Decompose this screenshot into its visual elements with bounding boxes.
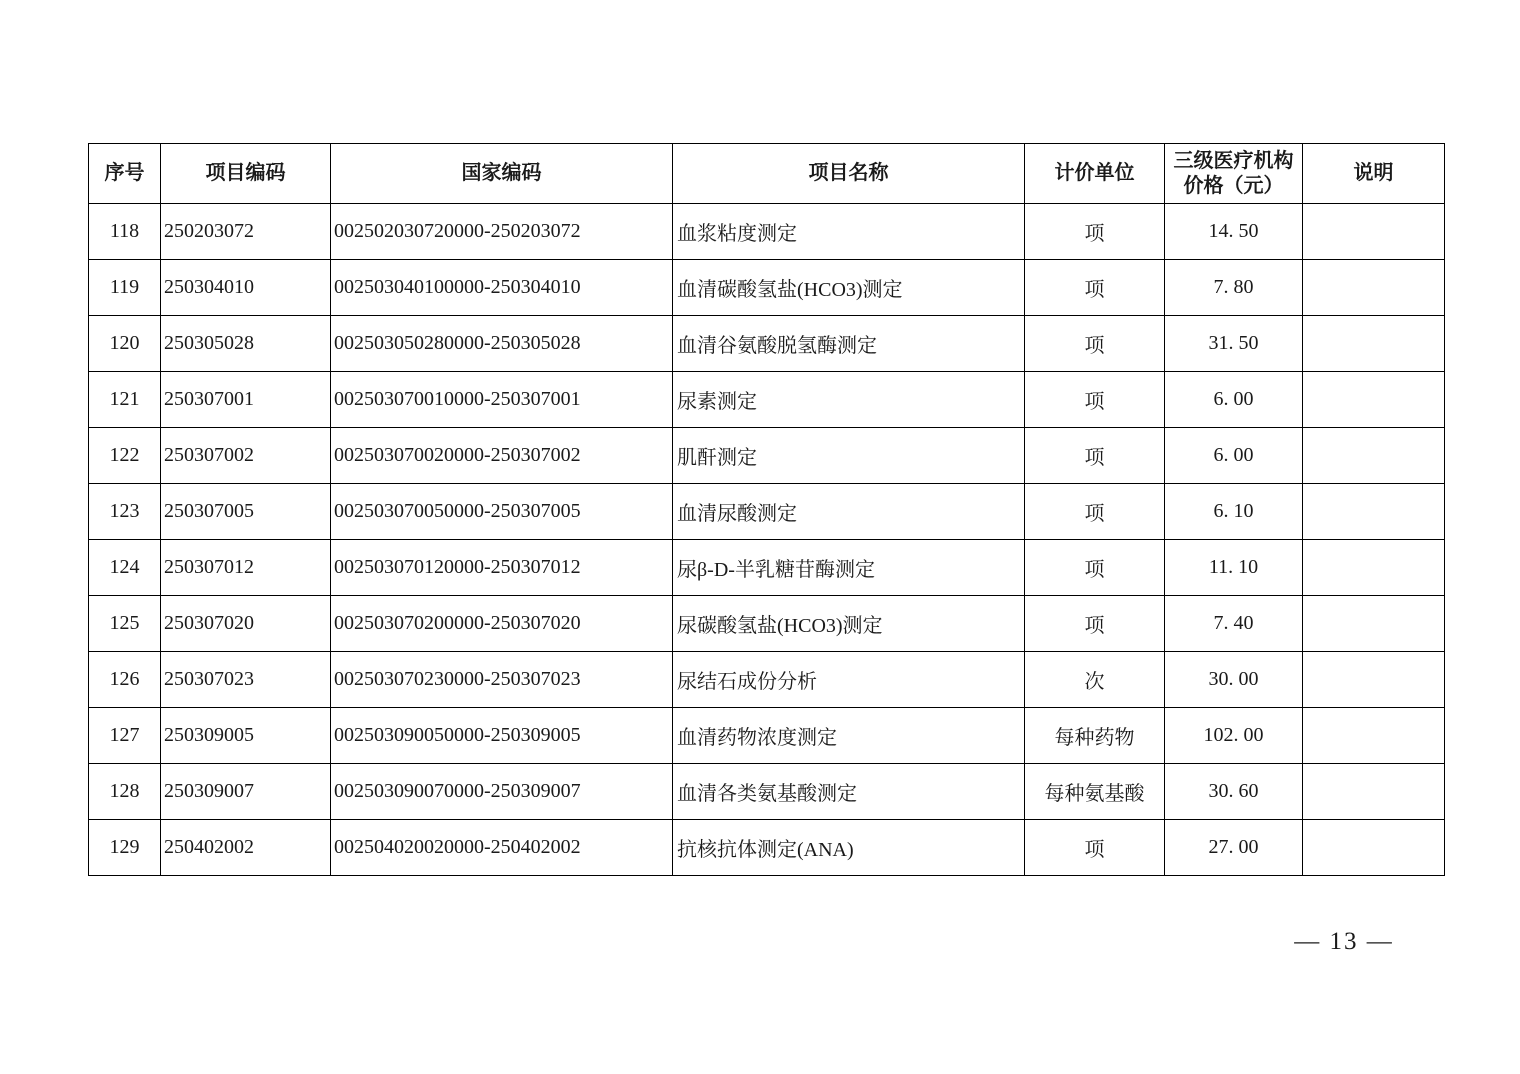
cell-national-code: 002503050280000-250305028 — [331, 316, 673, 372]
cell-unit: 项 — [1025, 596, 1165, 652]
table-row: 121 250307001 002503070010000-250307001 … — [89, 372, 1445, 428]
cell-seq: 126 — [89, 652, 161, 708]
cell-project-code: 250305028 — [161, 316, 331, 372]
cell-price: 27. 00 — [1165, 820, 1303, 876]
table-row: 120 250305028 002503050280000-250305028 … — [89, 316, 1445, 372]
cell-national-code: 002503070230000-250307023 — [331, 652, 673, 708]
table-row: 126 250307023 002503070230000-250307023 … — [89, 652, 1445, 708]
table-row: 124 250307012 002503070120000-250307012 … — [89, 540, 1445, 596]
cell-note — [1303, 540, 1445, 596]
table-row: 118 250203072 002502030720000-250203072 … — [89, 204, 1445, 260]
cell-unit: 项 — [1025, 260, 1165, 316]
cell-project-code: 250307023 — [161, 652, 331, 708]
cell-national-code: 002503070020000-250307002 — [331, 428, 673, 484]
table-row: 122 250307002 002503070020000-250307002 … — [89, 428, 1445, 484]
cell-project-name: 血清碳酸氢盐(HCO3)测定 — [673, 260, 1025, 316]
cell-project-name: 血清药物浓度测定 — [673, 708, 1025, 764]
cell-project-name: 尿β-D-半乳糖苷酶测定 — [673, 540, 1025, 596]
header-price-line2: 价格（元） — [1165, 174, 1302, 199]
cell-price: 6. 00 — [1165, 428, 1303, 484]
cell-project-code: 250304010 — [161, 260, 331, 316]
cell-note — [1303, 764, 1445, 820]
cell-national-code: 002503090050000-250309005 — [331, 708, 673, 764]
cell-note — [1303, 652, 1445, 708]
cell-note — [1303, 204, 1445, 260]
cell-unit: 项 — [1025, 428, 1165, 484]
cell-price: 31. 50 — [1165, 316, 1303, 372]
cell-national-code: 002502030720000-250203072 — [331, 204, 673, 260]
cell-national-code: 002503070010000-250307001 — [331, 372, 673, 428]
medical-price-table: 序号 项目编码 国家编码 项目名称 计价单位 三级医疗机构 价格（元） 说明 1… — [88, 143, 1445, 876]
cell-seq: 127 — [89, 708, 161, 764]
cell-unit: 项 — [1025, 372, 1165, 428]
header-unit: 计价单位 — [1025, 144, 1165, 204]
cell-project-name: 尿结石成份分析 — [673, 652, 1025, 708]
cell-note — [1303, 260, 1445, 316]
cell-national-code: 002503070120000-250307012 — [331, 540, 673, 596]
cell-project-code: 250309005 — [161, 708, 331, 764]
header-price-line1: 三级医疗机构 — [1165, 149, 1302, 174]
page-number: — 13 — — [1284, 928, 1404, 956]
cell-price: 6. 10 — [1165, 484, 1303, 540]
cell-note — [1303, 428, 1445, 484]
cell-price: 102. 00 — [1165, 708, 1303, 764]
cell-national-code: 002504020020000-250402002 — [331, 820, 673, 876]
table-row: 125 250307020 002503070200000-250307020 … — [89, 596, 1445, 652]
table-row: 128 250309007 002503090070000-250309007 … — [89, 764, 1445, 820]
cell-project-name: 血清各类氨基酸测定 — [673, 764, 1025, 820]
cell-project-code: 250402002 — [161, 820, 331, 876]
table-row: 123 250307005 002503070050000-250307005 … — [89, 484, 1445, 540]
header-seq: 序号 — [89, 144, 161, 204]
cell-seq: 123 — [89, 484, 161, 540]
cell-national-code: 002503070200000-250307020 — [331, 596, 673, 652]
cell-seq: 128 — [89, 764, 161, 820]
cell-unit: 项 — [1025, 820, 1165, 876]
cell-seq: 124 — [89, 540, 161, 596]
header-project-code: 项目编码 — [161, 144, 331, 204]
cell-note — [1303, 596, 1445, 652]
cell-project-name: 抗核抗体测定(ANA) — [673, 820, 1025, 876]
cell-price: 30. 60 — [1165, 764, 1303, 820]
cell-project-code: 250309007 — [161, 764, 331, 820]
table-body: 118 250203072 002502030720000-250203072 … — [89, 204, 1445, 876]
cell-note — [1303, 484, 1445, 540]
cell-unit: 项 — [1025, 540, 1165, 596]
header-price: 三级医疗机构 价格（元） — [1165, 144, 1303, 204]
cell-national-code: 002503090070000-250309007 — [331, 764, 673, 820]
cell-price: 6. 00 — [1165, 372, 1303, 428]
table-row: 119 250304010 002503040100000-250304010 … — [89, 260, 1445, 316]
header-national-code: 国家编码 — [331, 144, 673, 204]
cell-project-code: 250307001 — [161, 372, 331, 428]
cell-seq: 120 — [89, 316, 161, 372]
cell-note — [1303, 372, 1445, 428]
cell-project-name: 尿碳酸氢盐(HCO3)测定 — [673, 596, 1025, 652]
cell-seq: 119 — [89, 260, 161, 316]
cell-price: 11. 10 — [1165, 540, 1303, 596]
cell-price: 30. 00 — [1165, 652, 1303, 708]
cell-unit: 项 — [1025, 484, 1165, 540]
cell-price: 7. 80 — [1165, 260, 1303, 316]
cell-price: 14. 50 — [1165, 204, 1303, 260]
cell-seq: 118 — [89, 204, 161, 260]
cell-project-code: 250307012 — [161, 540, 331, 596]
cell-seq: 125 — [89, 596, 161, 652]
cell-note — [1303, 708, 1445, 764]
header-note: 说明 — [1303, 144, 1445, 204]
cell-project-name: 尿素测定 — [673, 372, 1025, 428]
cell-project-code: 250307020 — [161, 596, 331, 652]
cell-project-code: 250203072 — [161, 204, 331, 260]
cell-project-name: 血清谷氨酸脱氢酶测定 — [673, 316, 1025, 372]
cell-unit: 项 — [1025, 316, 1165, 372]
cell-unit: 次 — [1025, 652, 1165, 708]
cell-project-name: 血浆粘度测定 — [673, 204, 1025, 260]
table-row: 129 250402002 002504020020000-250402002 … — [89, 820, 1445, 876]
cell-project-code: 250307005 — [161, 484, 331, 540]
cell-unit: 项 — [1025, 204, 1165, 260]
cell-seq: 122 — [89, 428, 161, 484]
cell-seq: 121 — [89, 372, 161, 428]
cell-unit: 每种药物 — [1025, 708, 1165, 764]
cell-note — [1303, 820, 1445, 876]
cell-project-code: 250307002 — [161, 428, 331, 484]
header-project-name: 项目名称 — [673, 144, 1025, 204]
document-page: 序号 项目编码 国家编码 项目名称 计价单位 三级医疗机构 价格（元） 说明 1… — [0, 0, 1520, 1074]
cell-seq: 129 — [89, 820, 161, 876]
cell-unit: 每种氨基酸 — [1025, 764, 1165, 820]
table-header: 序号 项目编码 国家编码 项目名称 计价单位 三级医疗机构 价格（元） 说明 — [89, 144, 1445, 204]
cell-project-name: 肌酐测定 — [673, 428, 1025, 484]
table-row: 127 250309005 002503090050000-250309005 … — [89, 708, 1445, 764]
cell-note — [1303, 316, 1445, 372]
header-row: 序号 项目编码 国家编码 项目名称 计价单位 三级医疗机构 价格（元） 说明 — [89, 144, 1445, 204]
cell-national-code: 002503040100000-250304010 — [331, 260, 673, 316]
cell-national-code: 002503070050000-250307005 — [331, 484, 673, 540]
cell-price: 7. 40 — [1165, 596, 1303, 652]
cell-project-name: 血清尿酸测定 — [673, 484, 1025, 540]
